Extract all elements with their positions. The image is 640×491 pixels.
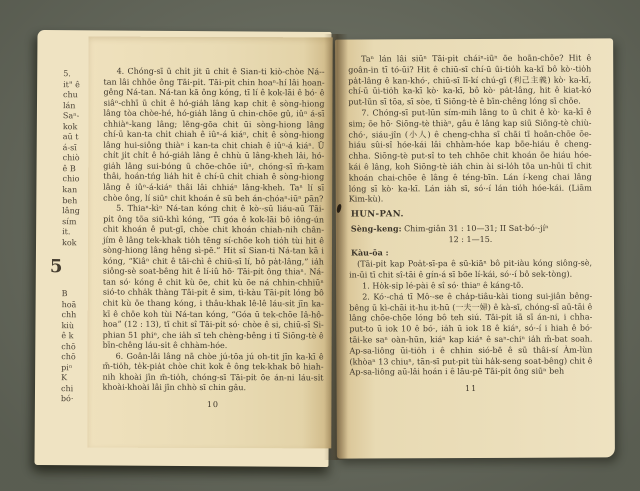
left-page: 4. Chóng-sī ū chi̍t ji̍t ū chi̍t ê Sian-… (87, 37, 332, 449)
scripture-reference: Sèng-keng: Chim-giân 31 : 10—31; II Sat-… (349, 222, 592, 235)
lesson-item-2: 2. Kó·-chá tī Mô·-se ê cha̍p-tiâu-kài ti… (349, 291, 592, 378)
teacher-note: (Tāi-pi̍t kap Poa̍t-sī-pa ê sū-kiāⁿ bô p… (349, 259, 592, 282)
scripture-ref-line2: 12 : 1—15. (349, 234, 592, 246)
right-page-number: 11 (350, 384, 593, 396)
under-page-section-number: 5 (50, 256, 63, 277)
scripture-ref-line1: Chim-giân 31 : 10—31; II Sat-bó·-jíⁿ (404, 224, 549, 234)
paragraph-6: 6. Goân-lâi lâng nā chòe jú-tōa jú oh-ti… (102, 351, 323, 394)
paragraph-4: 4. Chóng-sī ū chi̍t ji̍t ū chi̍t ê Sian-… (103, 67, 324, 205)
lesson-plan-label: Kàu-ōa : (349, 246, 592, 259)
paragraph-5: 5. Thiaⁿ-kìⁿ Ná-tan kóng chit ê kò·-sū l… (103, 204, 325, 352)
right-page-text: Taⁿ lán lâi siūⁿ Tāi-pi̍t cháiⁿ-iūⁿ ōe h… (348, 53, 592, 395)
left-page-text: 4. Chóng-sī ū chi̍t ji̍t ū chi̍t ê Sian-… (102, 67, 324, 411)
intro-paragraph: Taⁿ lán lâi siūⁿ Tāi-pi̍t cháiⁿ-iūⁿ ōe h… (348, 53, 591, 108)
left-page-number: 10 (102, 400, 323, 411)
section-heading: HUN-PAN. (349, 209, 592, 221)
right-page: Taⁿ lán lâi siūⁿ Tāi-pi̍t cháiⁿ-iūⁿ ōe h… (335, 38, 615, 458)
scripture-label: Sèng-keng: (351, 223, 402, 233)
paragraph-7: 7. Chóng-sī put-lūn sím-mih lâng to ū ch… (348, 107, 591, 205)
book-photo: 5. it" ê chu lán Saⁿ- kok aū t á-sī chiò… (0, 0, 640, 491)
